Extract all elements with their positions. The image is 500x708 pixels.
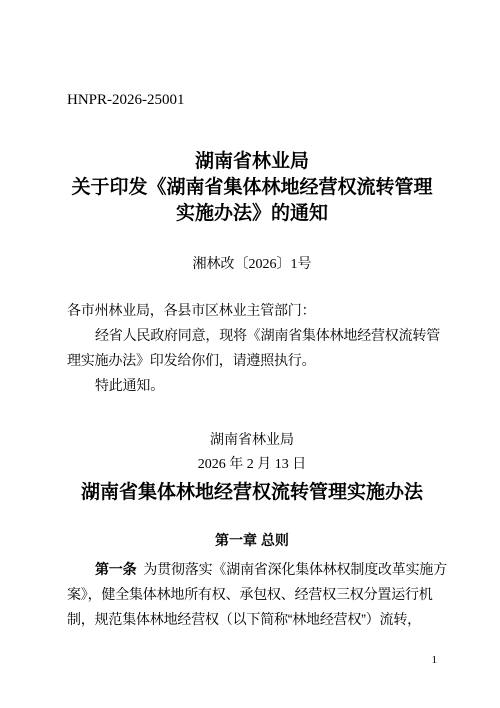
regulation-title: 湖南省集体林地经营权流转管理实施办法 xyxy=(67,480,437,506)
article-line-1: 第一条为贯彻落实《湖南省深化集体林权制度改革实施方 xyxy=(67,557,437,582)
page-number: 1 xyxy=(432,653,438,667)
notice-title-line-2: 关于印发《湖南省集体林地经营权流转管理 xyxy=(67,175,437,201)
doc-reference-code: HNPR-2026-25001 xyxy=(67,92,437,108)
notice-body-line-1: 经省人民政府同意，现将《湖南省集体林地经营权流转管 xyxy=(67,323,437,348)
signer-name: 湖南省林业局 xyxy=(67,427,437,452)
document-page: HNPR-2026-25001 湖南省林业局 关于印发《湖南省集体林地经营权流转… xyxy=(0,0,500,708)
notice-body: 各市州林业局，各县市区林业主管部门： 经省人民政府同意，现将《湖南省集体林地经营… xyxy=(67,298,437,398)
article-text: 为贯彻落实《湖南省深化集体林权制度改革实施方 xyxy=(143,561,447,577)
salutation: 各市州林业局，各县市区林业主管部门： xyxy=(67,298,437,323)
notice-title: 湖南省林业局 关于印发《湖南省集体林地经营权流转管理 实施办法》的通知 xyxy=(67,149,437,227)
issue-date: 2026 年 2 月 13 日 xyxy=(67,452,437,477)
notice-title-line-1: 湖南省林业局 xyxy=(67,149,437,175)
article-line-3: 制，规范集体林地经营权（以下简称“林地经营权”）流转， xyxy=(67,607,437,632)
regulation-body: 第一条为贯彻落实《湖南省深化集体林权制度改革实施方 案》，健全集体林地所有权、承… xyxy=(67,557,437,632)
notice-closing: 特此通知。 xyxy=(67,373,437,398)
notice-title-line-3: 实施办法》的通知 xyxy=(67,201,437,227)
notice-body-line-2: 理实施办法》印发给你们，请遵照执行。 xyxy=(67,348,437,373)
article-line-2: 案》，健全集体林地所有权、承包权、经营权三权分置运行机 xyxy=(67,582,437,607)
chapter-heading: 第一章 总则 xyxy=(67,528,437,553)
doc-symbol-number: 湘林改〔2026〕1号 xyxy=(67,256,437,273)
article-label: 第一条 xyxy=(95,561,136,577)
